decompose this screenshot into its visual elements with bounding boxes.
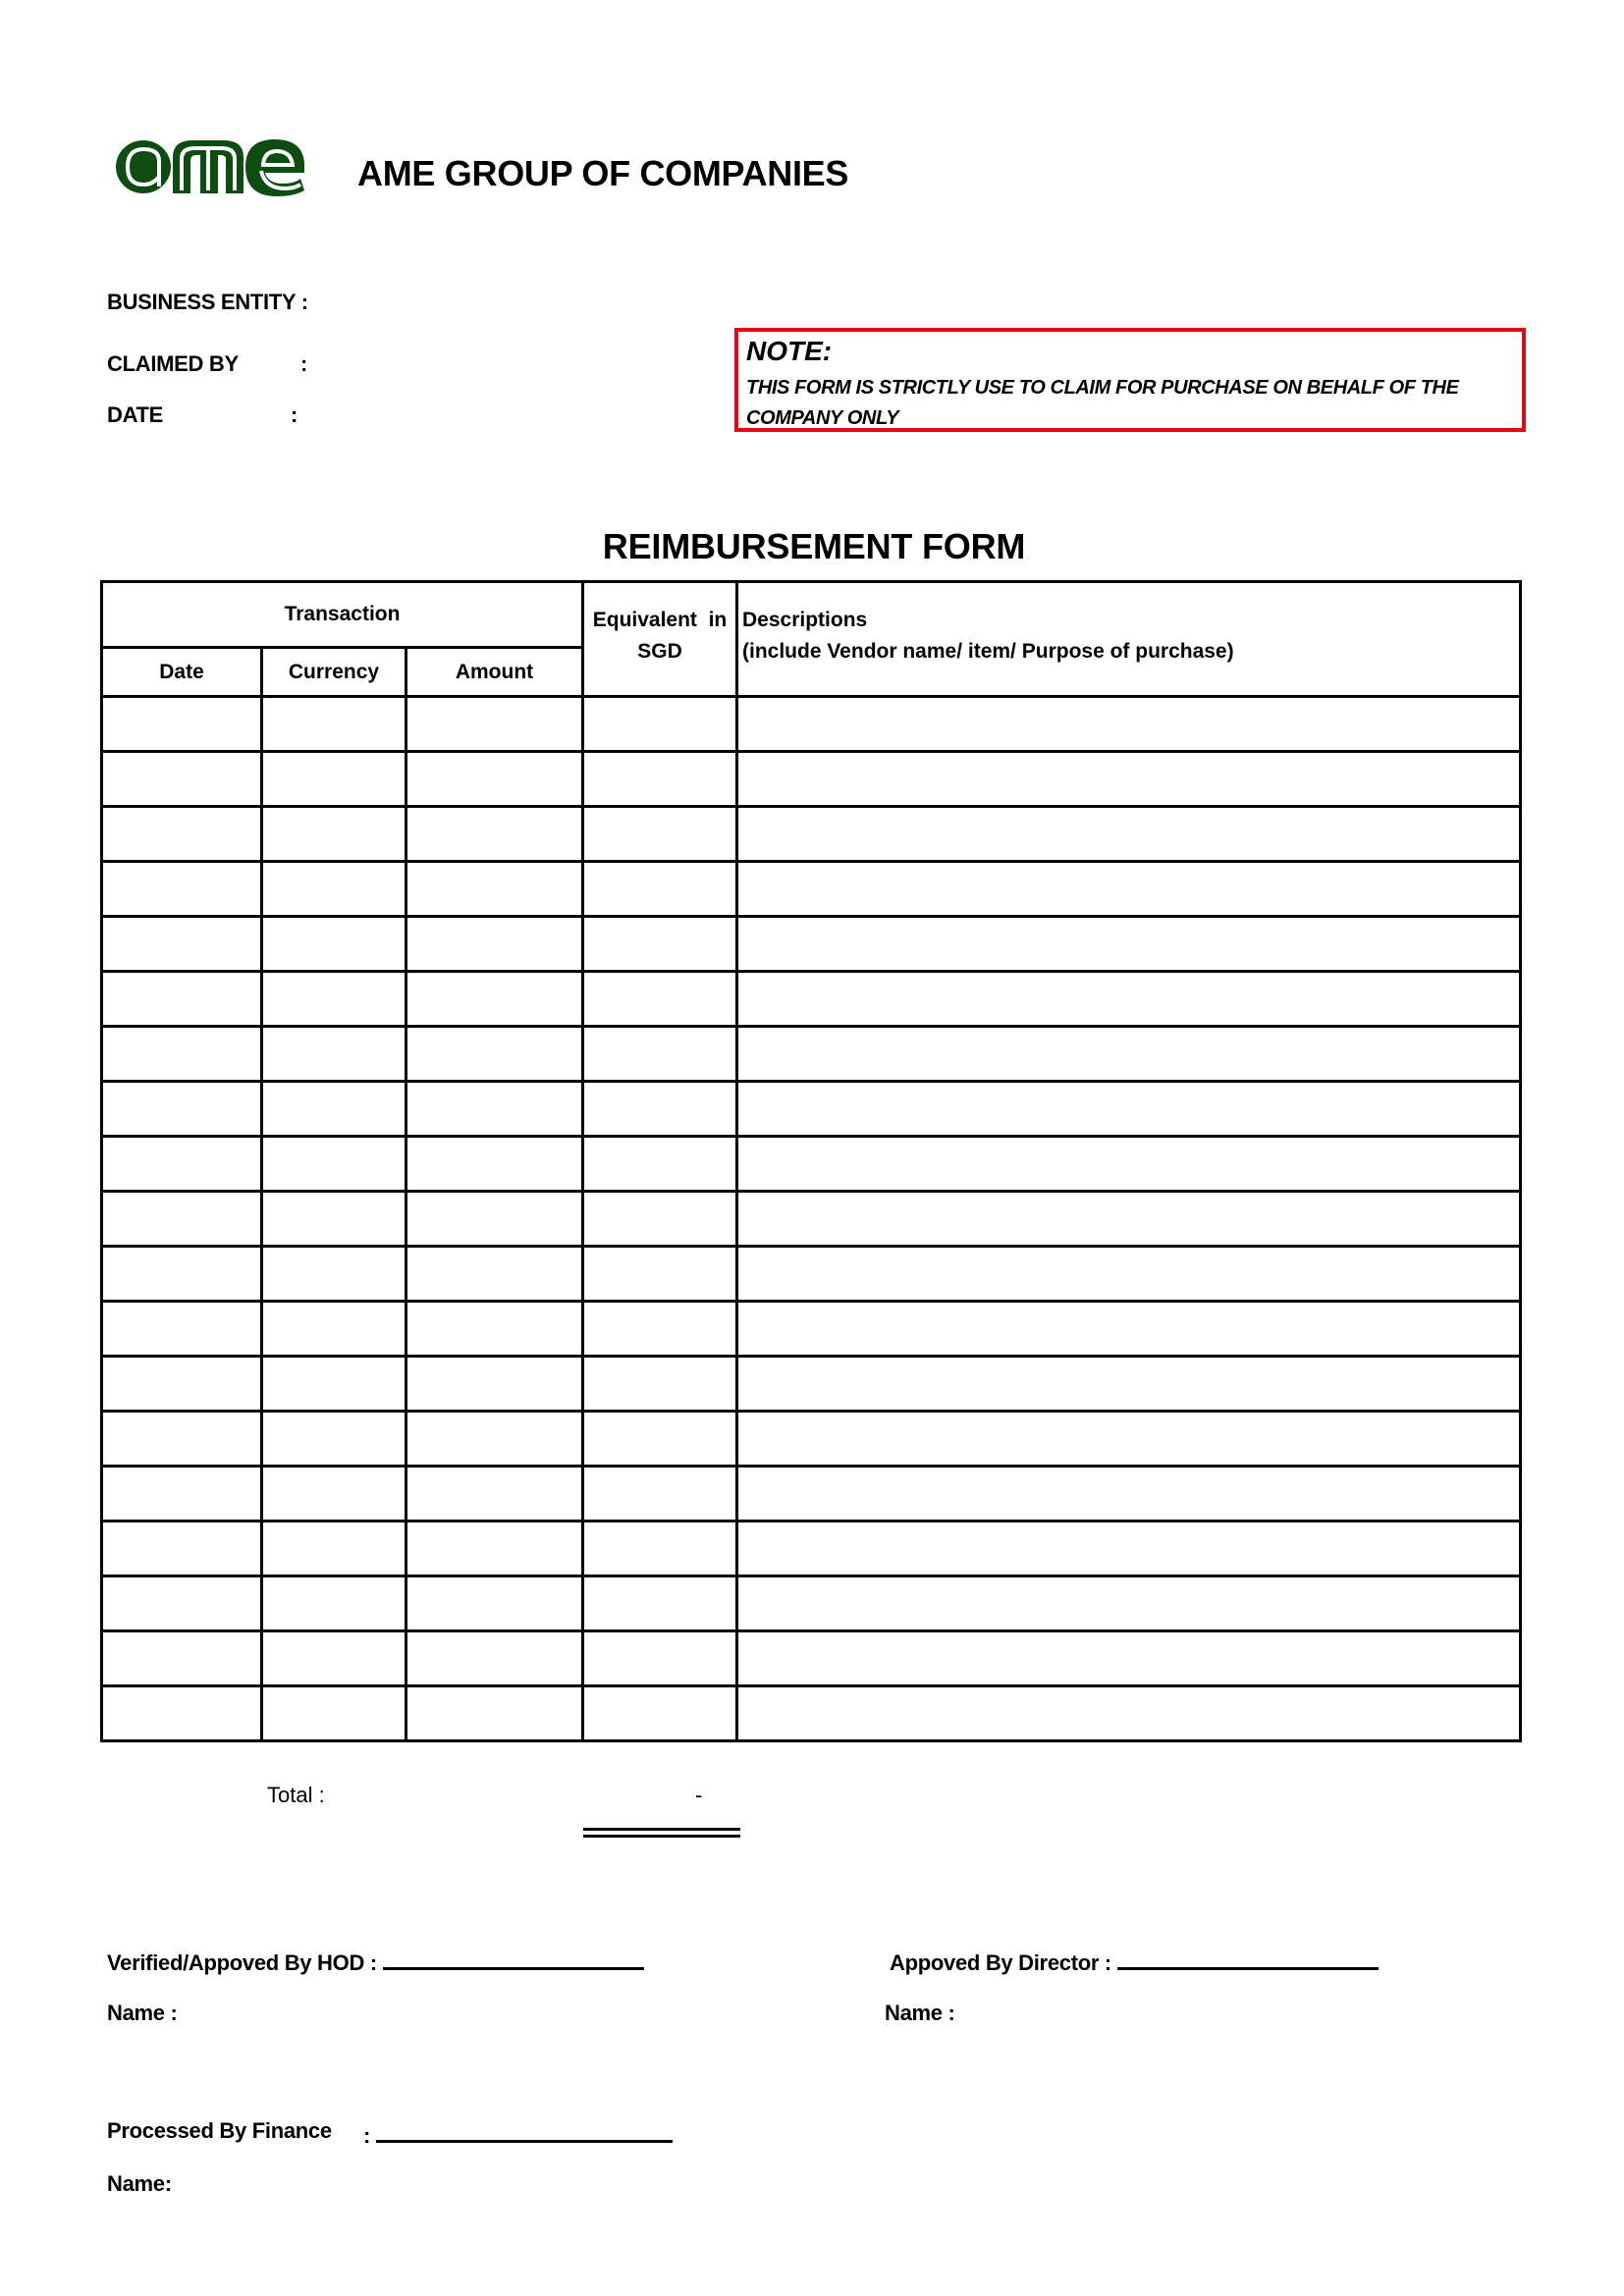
amount-cell[interactable] (406, 1027, 583, 1082)
table-row (102, 697, 1521, 752)
sgd-cell[interactable] (583, 1576, 737, 1631)
description-cell[interactable] (737, 1467, 1521, 1522)
sgd-cell[interactable] (583, 1522, 737, 1576)
description-cell[interactable] (737, 1027, 1521, 1082)
amount-cell[interactable] (406, 1192, 583, 1247)
form-title: REIMBURSEMENT FORM (0, 526, 1624, 567)
description-cell[interactable] (737, 1631, 1521, 1686)
date-cell[interactable] (102, 1467, 262, 1522)
date-colon: : (291, 402, 298, 428)
currency-cell[interactable] (262, 1686, 406, 1741)
company-name: AME GROUP OF COMPANIES (357, 153, 848, 194)
sgd-cell[interactable] (583, 917, 737, 972)
sgd-cell[interactable] (583, 1412, 737, 1467)
table-row (102, 1686, 1521, 1741)
sgd-cell[interactable] (583, 972, 737, 1027)
date-cell[interactable] (102, 1137, 262, 1192)
description-cell[interactable] (737, 1192, 1521, 1247)
note-title: NOTE: (746, 336, 832, 367)
amount-cell[interactable] (406, 917, 583, 972)
description-header-line1: Descriptions (742, 605, 1519, 636)
description-cell[interactable] (737, 862, 1521, 917)
currency-cell[interactable] (262, 972, 406, 1027)
description-header: Descriptions (include Vendor name/ item/… (737, 582, 1521, 697)
hod-approval: Verified/Appoved By HOD : (107, 1946, 644, 1976)
date-cell[interactable] (102, 807, 262, 862)
table-row (102, 1027, 1521, 1082)
amount-cell[interactable] (406, 1522, 583, 1576)
sgd-cell[interactable] (583, 1137, 737, 1192)
date-cell[interactable] (102, 1027, 262, 1082)
sgd-cell[interactable] (583, 752, 737, 807)
ame-logo-icon (108, 128, 309, 204)
date-cell[interactable] (102, 1412, 262, 1467)
reimbursement-table: Transaction Equivalent in SGD Descriptio… (100, 580, 1522, 1742)
currency-cell[interactable] (262, 1137, 406, 1192)
amount-cell[interactable] (406, 1631, 583, 1686)
table-row (102, 1192, 1521, 1247)
date-column-header: Date (102, 648, 262, 697)
description-cell[interactable] (737, 917, 1521, 972)
finance-processed-label: Processed By Finance (107, 2118, 332, 2144)
date-cell[interactable] (102, 697, 262, 752)
amount-cell[interactable] (406, 862, 583, 917)
sgd-cell[interactable] (583, 1027, 737, 1082)
amount-cell[interactable] (406, 1467, 583, 1522)
date-cell[interactable] (102, 1631, 262, 1686)
note-box: NOTE: THIS FORM IS STRICTLY USE TO CLAIM… (734, 328, 1526, 432)
date-cell[interactable] (102, 917, 262, 972)
description-cell[interactable] (737, 1686, 1521, 1741)
note-text: THIS FORM IS STRICTLY USE TO CLAIM FOR P… (746, 373, 1512, 434)
amount-cell[interactable] (406, 1357, 583, 1412)
amount-cell[interactable] (406, 972, 583, 1027)
description-cell[interactable] (737, 1576, 1521, 1631)
amount-cell[interactable] (406, 807, 583, 862)
table-row (102, 1467, 1521, 1522)
description-cell[interactable] (737, 1302, 1521, 1357)
table-row (102, 1522, 1521, 1576)
amount-cell[interactable] (406, 697, 583, 752)
currency-cell[interactable] (262, 1467, 406, 1522)
sgd-cell[interactable] (583, 1686, 737, 1741)
currency-cell[interactable] (262, 1412, 406, 1467)
director-signature-line[interactable] (1117, 1946, 1379, 1970)
sgd-cell[interactable] (583, 807, 737, 862)
currency-cell[interactable] (262, 752, 406, 807)
total-label: Total : (267, 1783, 325, 1808)
currency-cell[interactable] (262, 1302, 406, 1357)
currency-cell[interactable] (262, 1576, 406, 1631)
currency-cell[interactable] (262, 917, 406, 972)
amount-cell[interactable] (406, 1412, 583, 1467)
description-cell[interactable] (737, 1082, 1521, 1137)
amount-cell[interactable] (406, 1686, 583, 1741)
table-row (102, 1082, 1521, 1137)
table-row (102, 1137, 1521, 1192)
table-row (102, 1412, 1521, 1467)
date-cell[interactable] (102, 1302, 262, 1357)
date-cell[interactable] (102, 1082, 262, 1137)
finance-colon: : (363, 2123, 370, 2148)
sgd-cell[interactable] (583, 1357, 737, 1412)
director-approval-label: Appoved By Director : (890, 1950, 1111, 1975)
currency-cell[interactable] (262, 697, 406, 752)
currency-cell[interactable] (262, 1522, 406, 1576)
claimed-by-label: CLAIMED BY (107, 351, 239, 377)
finance-name-label: Name: (107, 2171, 172, 2197)
date-cell[interactable] (102, 1576, 262, 1631)
currency-cell[interactable] (262, 1192, 406, 1247)
description-cell[interactable] (737, 1357, 1521, 1412)
amount-cell[interactable] (406, 1137, 583, 1192)
total-double-underline (583, 1828, 740, 1838)
hod-name-label: Name : (107, 2001, 178, 2026)
hod-approval-label: Verified/Appoved By HOD : (107, 1950, 377, 1975)
description-cell[interactable] (737, 752, 1521, 807)
table-row (102, 1631, 1521, 1686)
sgd-header-line1: Equivalent in (584, 605, 735, 636)
table-row (102, 1357, 1521, 1412)
date-cell[interactable] (102, 1247, 262, 1302)
description-cell[interactable] (737, 1137, 1521, 1192)
amount-cell[interactable] (406, 1576, 583, 1631)
date-cell[interactable] (102, 972, 262, 1027)
date-cell[interactable] (102, 1192, 262, 1247)
date-cell[interactable] (102, 1357, 262, 1412)
table-row (102, 862, 1521, 917)
table-row (102, 1302, 1521, 1357)
currency-cell[interactable] (262, 807, 406, 862)
amount-cell[interactable] (406, 1247, 583, 1302)
date-cell[interactable] (102, 1686, 262, 1741)
date-cell[interactable] (102, 752, 262, 807)
sgd-header: Equivalent in SGD (583, 582, 737, 697)
sgd-cell[interactable] (583, 862, 737, 917)
business-entity-label: BUSINESS ENTITY : (107, 290, 308, 315)
description-cell[interactable] (737, 1247, 1521, 1302)
finance-processed: : (363, 2118, 673, 2149)
table-row (102, 917, 1521, 972)
description-cell[interactable] (737, 1522, 1521, 1576)
transaction-header: Transaction (102, 582, 583, 648)
currency-cell[interactable] (262, 1027, 406, 1082)
currency-cell[interactable] (262, 1357, 406, 1412)
total-value: - (695, 1783, 702, 1808)
amount-column-header: Amount (406, 648, 583, 697)
table-row (102, 1576, 1521, 1631)
sgd-cell[interactable] (583, 1192, 737, 1247)
table-row (102, 752, 1521, 807)
sgd-header-line2: SGD (584, 636, 735, 667)
sgd-cell[interactable] (583, 1631, 737, 1686)
currency-cell[interactable] (262, 1631, 406, 1686)
amount-cell[interactable] (406, 1082, 583, 1137)
currency-cell[interactable] (262, 1082, 406, 1137)
sgd-cell[interactable] (583, 1082, 737, 1137)
description-cell[interactable] (737, 972, 1521, 1027)
currency-cell[interactable] (262, 862, 406, 917)
date-cell[interactable] (102, 1522, 262, 1576)
hod-signature-line[interactable] (383, 1946, 644, 1970)
table-body (102, 697, 1521, 1741)
sgd-cell[interactable] (583, 1467, 737, 1522)
director-name-label: Name : (885, 2001, 955, 2026)
table-row (102, 807, 1521, 862)
currency-column-header: Currency (262, 648, 406, 697)
currency-cell[interactable] (262, 1247, 406, 1302)
sgd-cell[interactable] (583, 1247, 737, 1302)
description-cell[interactable] (737, 807, 1521, 862)
date-cell[interactable] (102, 862, 262, 917)
table-row (102, 1247, 1521, 1302)
sgd-cell[interactable] (583, 697, 737, 752)
description-cell[interactable] (737, 1412, 1521, 1467)
description-header-line2: (include Vendor name/ item/ Purpose of p… (742, 636, 1519, 667)
date-label: DATE (107, 402, 163, 428)
description-cell[interactable] (737, 697, 1521, 752)
amount-cell[interactable] (406, 752, 583, 807)
director-approval: Appoved By Director : (890, 1946, 1379, 1976)
sgd-cell[interactable] (583, 1302, 737, 1357)
finance-signature-line[interactable] (376, 2118, 673, 2143)
amount-cell[interactable] (406, 1302, 583, 1357)
table-row (102, 972, 1521, 1027)
claimed-by-colon: : (300, 351, 307, 377)
